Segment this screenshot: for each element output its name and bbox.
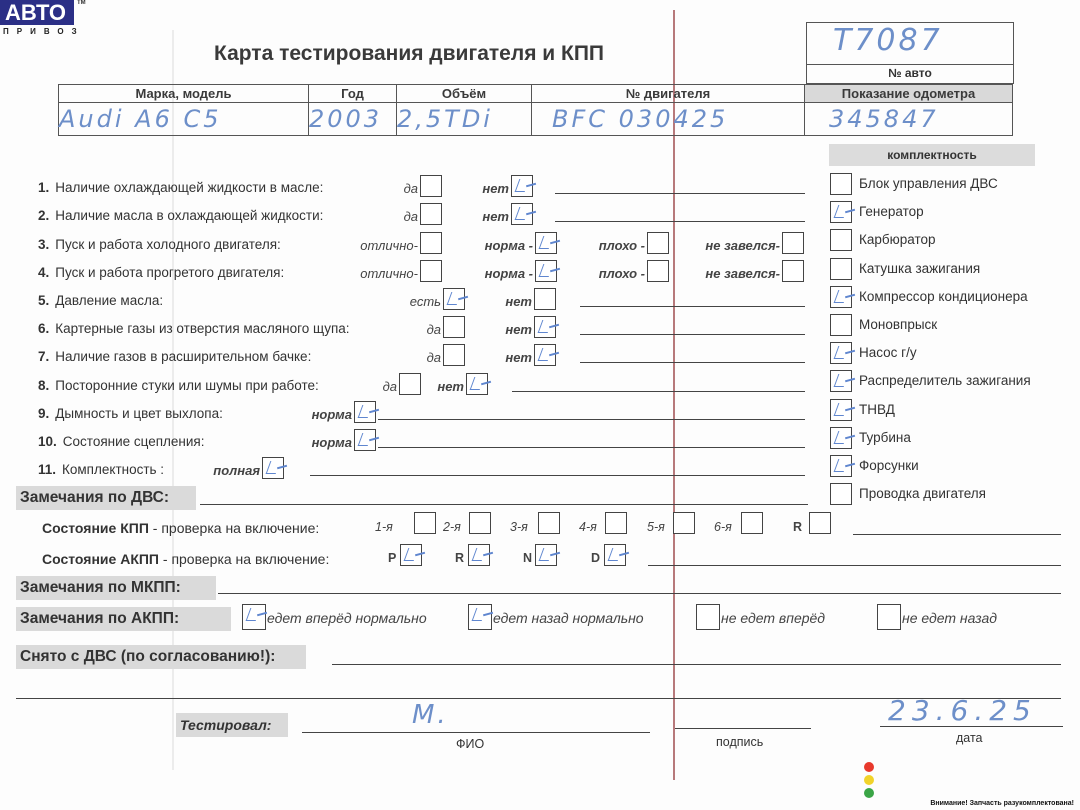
option-label: нет: [490, 350, 532, 365]
question-number: 11.: [38, 462, 56, 477]
logo-text: АВТО: [5, 0, 66, 25]
auto-gear-checkbox[interactable]: [535, 544, 557, 566]
question-number: 1.: [38, 180, 49, 195]
completeness-label: ТНВД: [859, 402, 895, 417]
completeness-label: Турбина: [859, 430, 911, 445]
auto-remark-label: не едет назад: [902, 610, 997, 626]
checkbox-8-2[interactable]: [466, 373, 488, 395]
auto-remark-label: не едет вперёд: [721, 610, 825, 626]
name-caption: ФИО: [456, 737, 484, 751]
question-10: 10.Состояние сцепления:: [38, 434, 205, 449]
status-dot-yellow: [864, 775, 874, 785]
checkbox-9-1[interactable]: [354, 401, 376, 423]
date-caption: дата: [956, 731, 983, 745]
auto-gear-checkbox[interactable]: [468, 544, 490, 566]
vehicle-table: Марка, модель Год Объём № двигателя Пока…: [58, 84, 1013, 136]
auto-gear-label: N: [523, 551, 532, 565]
question-3: 3.Пуск и работа холодного двигателя:: [38, 237, 281, 252]
auto-gearbox-label-rest: - проверка на включение:: [159, 551, 329, 567]
manual-gearbox-line[interactable]: [853, 534, 1061, 535]
completeness-label: Распределитель зажигания: [859, 373, 1031, 388]
completeness-header: комплектность: [829, 144, 1035, 166]
checkbox-10-1[interactable]: [354, 429, 376, 451]
checkbox-2-2[interactable]: [511, 203, 533, 225]
remarks-auto-label: Замечания по АКПП:: [16, 607, 231, 631]
manual-gear-label: 4-я: [579, 520, 597, 534]
question-text: Наличие масла в охлаждающей жидкости:: [55, 208, 323, 223]
option-label: норма: [296, 435, 352, 450]
auto-remark-label: едет вперёд нормально: [267, 610, 427, 626]
header-year: Год: [309, 85, 397, 103]
completeness-label: Блок управления ДВС: [859, 176, 998, 191]
remarks-manual-label: Замечания по МКПП:: [16, 576, 216, 600]
manual-gearbox-label-bold: Состояние КПП: [42, 520, 149, 536]
checkbox-11-1[interactable]: [262, 457, 284, 479]
checkbox-8-1[interactable]: [399, 373, 421, 395]
notes-line[interactable]: [580, 306, 805, 307]
tested-by-label: Тестировал:: [176, 713, 288, 737]
completeness-checkbox[interactable]: [830, 427, 852, 449]
header-odometer: Показание одометра: [805, 85, 1013, 103]
notes-line[interactable]: [512, 391, 805, 392]
checkbox-1-2[interactable]: [511, 175, 533, 197]
completeness-checkbox[interactable]: [830, 370, 852, 392]
option-label: да: [412, 350, 441, 365]
logo-tm: TM: [77, 0, 86, 6]
checkbox-4-3[interactable]: [647, 260, 669, 282]
notes-line[interactable]: [555, 193, 805, 194]
completeness-checkbox[interactable]: [830, 342, 852, 364]
checkbox-4-1[interactable]: [420, 260, 442, 282]
manual-gear-checkbox[interactable]: [673, 512, 695, 534]
completeness-label: Генератор: [859, 204, 924, 219]
question-5: 5.Давление масла:: [38, 293, 163, 308]
removed-line[interactable]: [332, 664, 1061, 665]
question-7: 7.Наличие газов в расширительном бачке:: [38, 349, 311, 364]
question-1: 1.Наличие охлаждающей жидкости в масле:: [38, 180, 323, 195]
status-dot-green: [864, 788, 874, 798]
question-text: Дымность и цвет выхлопа:: [55, 406, 223, 421]
question-number: 3.: [38, 237, 49, 252]
option-label: нет: [423, 379, 464, 394]
manual-gear-checkbox[interactable]: [809, 512, 831, 534]
option-label: полная: [200, 463, 260, 478]
checkbox-1-1[interactable]: [420, 175, 442, 197]
name-line[interactable]: [302, 732, 650, 733]
manual-gear-label: 2-я: [443, 520, 461, 534]
completeness-label: Моновпрыск: [859, 317, 937, 332]
question-text: Пуск и работа холодного двигателя:: [55, 237, 281, 252]
date-line[interactable]: [880, 726, 1063, 727]
tester-name-value[interactable]: М.: [412, 700, 449, 730]
completeness-checkbox[interactable]: [830, 483, 852, 505]
auto-gearbox-label-bold: Состояние АКПП: [42, 551, 159, 567]
date-value[interactable]: 23.6.25: [888, 694, 1037, 727]
option-label: отлично-: [342, 266, 418, 281]
manual-gear-label: 5-я: [647, 520, 665, 534]
status-dot-red: [864, 762, 874, 772]
completeness-label: Карбюратор: [859, 232, 936, 247]
make-model-value[interactable]: Audi A6 C5: [59, 103, 309, 136]
question-text: Пуск и работа прогретого двигателя:: [55, 265, 284, 280]
question-number: 8.: [38, 378, 49, 393]
option-label: да: [388, 181, 418, 196]
question-2: 2.Наличие масла в охлаждающей жидкости:: [38, 208, 323, 223]
question-9: 9.Дымность и цвет выхлопа:: [38, 406, 223, 421]
question-text: Наличие охлаждающей жидкости в масле:: [55, 180, 323, 195]
manual-gearbox-label: Состояние КПП - проверка на включение:: [42, 520, 319, 536]
notes-line[interactable]: [378, 447, 805, 448]
option-label: да: [388, 209, 418, 224]
checkbox-4-4[interactable]: [782, 260, 804, 282]
signature-caption: подпись: [716, 735, 763, 749]
auto-number-label: № авто: [807, 65, 1013, 83]
option-label: плохо -: [582, 238, 645, 253]
completeness-checkbox[interactable]: [830, 173, 852, 195]
completeness-checkbox[interactable]: [830, 229, 852, 251]
manual-gear-checkbox[interactable]: [741, 512, 763, 534]
notes-line[interactable]: [310, 475, 805, 476]
question-number: 5.: [38, 293, 49, 308]
question-text: Картерные газы из отверстия масляного щу…: [55, 321, 349, 336]
option-label: отлично-: [342, 238, 418, 253]
auto-gear-checkbox[interactable]: [400, 544, 422, 566]
checkbox-5-1[interactable]: [443, 288, 465, 310]
logo-subtitle: ПРИВОЗ: [3, 27, 85, 36]
completeness-label: Форсунки: [859, 458, 919, 473]
auto-remark-label: едет назад нормально: [493, 610, 644, 626]
option-label: да: [368, 379, 397, 394]
removed-label: Снято с ДВС (по согласованию!):: [16, 645, 306, 669]
remarks-manual-line[interactable]: [218, 593, 1061, 594]
completeness-checkbox[interactable]: [830, 201, 852, 223]
checkbox-6-1[interactable]: [443, 316, 465, 338]
volume-value[interactable]: 2,5TDi: [397, 103, 532, 136]
completeness-label: Компрессор кондиционера: [859, 289, 1028, 304]
option-label: нет: [490, 322, 532, 337]
page-title: Карта тестирования двигателя и КПП: [214, 42, 604, 66]
signature-line[interactable]: [675, 728, 811, 729]
completeness-checkbox[interactable]: [830, 286, 852, 308]
manual-gear-label: 6-я: [714, 520, 732, 534]
remarks-ice-line[interactable]: [200, 504, 808, 505]
auto-gearbox-label: Состояние АКПП - проверка на включение:: [42, 551, 329, 567]
manual-gear-label: R: [793, 520, 802, 534]
manual-gear-checkbox[interactable]: [414, 512, 436, 534]
completeness-checkbox[interactable]: [830, 258, 852, 280]
question-text: Посторонние стуки или шумы при работе:: [55, 378, 319, 393]
option-label: нет: [468, 181, 509, 196]
question-4: 4.Пуск и работа прогретого двигателя:: [38, 265, 284, 280]
engine-number-value[interactable]: BFC 030425: [532, 103, 805, 136]
notes-line[interactable]: [580, 362, 805, 363]
completeness-label: Катушка зажигания: [859, 261, 980, 276]
option-label: есть: [392, 294, 441, 309]
auto-remark-checkbox[interactable]: [696, 604, 720, 630]
completeness-checkbox[interactable]: [830, 455, 852, 477]
year-value[interactable]: 2003: [309, 103, 397, 136]
notes-line[interactable]: [580, 334, 805, 335]
question-number: 4.: [38, 265, 49, 280]
manual-gearbox-label-rest: - проверка на включение:: [149, 520, 319, 536]
question-number: 6.: [38, 321, 49, 336]
checkbox-3-4[interactable]: [782, 232, 804, 254]
question-text: Наличие газов в расширительном бачке:: [55, 349, 311, 364]
option-label: нет: [468, 209, 509, 224]
option-label: плохо -: [582, 266, 645, 281]
warning-text: Внимание! Запчасть разукомплектована!: [930, 800, 1074, 807]
option-label: нет: [490, 294, 532, 309]
question-text: Комплектность :: [62, 462, 164, 477]
question-number: 10.: [38, 434, 57, 449]
auto-gear-label: D: [591, 551, 600, 565]
question-number: 9.: [38, 406, 49, 421]
manual-gear-label: 1-я: [375, 520, 393, 534]
checkbox-3-2[interactable]: [535, 232, 557, 254]
completeness-checkbox[interactable]: [830, 314, 852, 336]
checkbox-4-2[interactable]: [535, 260, 557, 282]
header-volume: Объём: [397, 85, 532, 103]
auto-gearbox-line[interactable]: [648, 565, 1061, 566]
option-label: не завелся-: [690, 266, 780, 281]
checkbox-5-2[interactable]: [534, 288, 556, 310]
manual-gear-checkbox[interactable]: [605, 512, 627, 534]
auto-number-value[interactable]: T7087: [807, 23, 1013, 65]
checkbox-3-3[interactable]: [647, 232, 669, 254]
option-label: норма -: [468, 266, 533, 281]
header-make-model: Марка, модель: [59, 85, 309, 103]
auto-gear-label: P: [388, 551, 396, 565]
checkbox-2-1[interactable]: [420, 203, 442, 225]
checkbox-6-2[interactable]: [534, 316, 556, 338]
checkbox-3-1[interactable]: [420, 232, 442, 254]
checkbox-7-2[interactable]: [534, 344, 556, 366]
manual-gear-checkbox[interactable]: [469, 512, 491, 534]
header-engine-number: № двигателя: [532, 85, 805, 103]
question-8: 8.Посторонние стуки или шумы при работе:: [38, 378, 319, 393]
odometer-value[interactable]: 345847: [805, 103, 1013, 136]
completeness-label: Проводка двигателя: [859, 486, 986, 501]
auto-gear-label: R: [455, 551, 464, 565]
question-text: Состояние сцепления:: [63, 434, 205, 449]
question-6: 6.Картерные газы из отверстия масляного …: [38, 321, 350, 336]
auto-gear-checkbox[interactable]: [604, 544, 626, 566]
question-11: 11.Комплектность :: [38, 462, 164, 477]
auto-remark-checkbox[interactable]: [877, 604, 901, 630]
option-label: да: [412, 322, 441, 337]
option-label: норма: [296, 407, 352, 422]
question-number: 7.: [38, 349, 49, 364]
question-number: 2.: [38, 208, 49, 223]
auto-number-box: T7087 № авто: [806, 22, 1014, 84]
notes-line[interactable]: [378, 419, 805, 420]
completeness-checkbox[interactable]: [830, 399, 852, 421]
option-label: норма -: [468, 238, 533, 253]
question-text: Давление масла:: [55, 293, 163, 308]
notes-line[interactable]: [555, 221, 805, 222]
manual-gear-checkbox[interactable]: [538, 512, 560, 534]
logo: АВТО: [0, 0, 74, 25]
option-label: не завелся-: [690, 238, 780, 253]
manual-gear-label: 3-я: [510, 520, 528, 534]
completeness-label: Насос г/у: [859, 345, 917, 360]
auto-remark-checkbox[interactable]: [242, 604, 266, 630]
auto-remark-checkbox[interactable]: [468, 604, 492, 630]
remarks-ice-label: Замечания по ДВС:: [16, 486, 196, 510]
checkbox-7-1[interactable]: [443, 344, 465, 366]
